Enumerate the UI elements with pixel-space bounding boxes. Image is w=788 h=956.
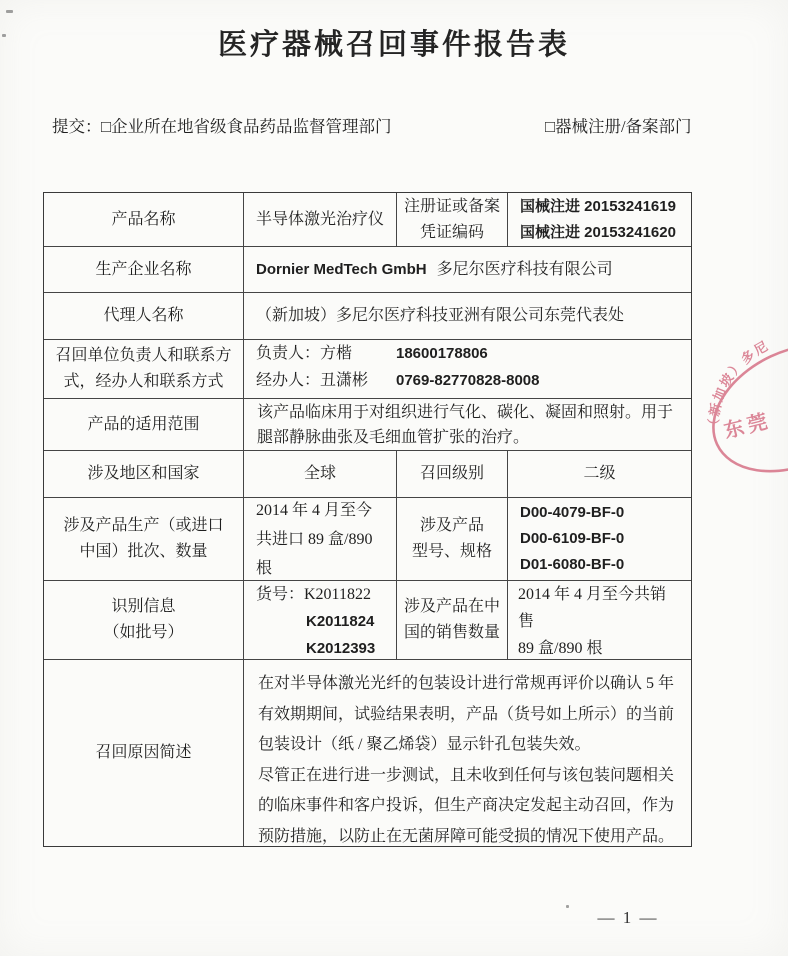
registration-cert-label-line2: 凭证编码 <box>420 220 484 246</box>
scanned-document-page: 医疗器械召回事件报告表 提交： □企业所在地省级食品药品监督管理部门 □器械注册… <box>0 0 788 956</box>
identification-label: 识别信息 （如批号） <box>44 581 244 660</box>
recall-reason-paragraph-2: 尽管正在进行进一步测试，且未收到任何与该包装问题相关的临床事件和客户投诉，但生产… <box>258 761 677 853</box>
registration-number-2: 国械注进 20153241620 <box>520 220 676 246</box>
handler-person-phone: 0769-82770828-8008 <box>396 367 539 394</box>
contact-line-handler: 经办人：丑潇彬 0769-82770828-8008 <box>256 367 679 394</box>
stamp-inner-text: 东莞 <box>721 408 773 443</box>
china-sales-label-line1: 涉及产品在中 <box>404 594 500 620</box>
submit-label: 提交： <box>52 113 102 137</box>
model-number-2: D00-6109-BF-0 <box>520 526 624 552</box>
china-sales-label: 涉及产品在中 国的销售数量 <box>397 581 508 660</box>
identification-label-line1: 识别信息 <box>111 594 175 620</box>
batches-value: 2014 年 4 月至今共进口 89 盒/890 根 <box>244 498 397 581</box>
contacts-label-line1: 召回单位负责人和联系方 <box>55 343 231 369</box>
product-name-value: 半导体激光治疗仪 <box>244 193 397 247</box>
submit-option-registration-dept: □器械注册/备案部门 <box>545 113 692 137</box>
page-title: 医疗器械召回事件报告表 <box>0 22 788 63</box>
agent-label: 代理人名称 <box>44 293 244 340</box>
contacts-label-line2: 式，经办人和联系方式 <box>63 369 223 395</box>
manufacturer-name-en: Dornier MedTech GmbH <box>256 257 427 283</box>
batches-label-line1: 涉及产品生产（或进口 <box>63 513 223 539</box>
model-number-1: D00-4079-BF-0 <box>520 500 624 526</box>
page-number: — 1 — <box>578 908 678 928</box>
submit-option-provincial-dept: □企业所在地省级食品药品监督管理部门 <box>101 113 391 137</box>
scope-value: 该产品临床用于对组织进行气化、碳化、凝固和照射。用于腿部静脉曲张及毛细血管扩张的… <box>244 399 691 451</box>
registration-number-1: 国械注进 20153241619 <box>520 194 676 220</box>
region-value: 全球 <box>244 451 397 498</box>
agent-value: （新加坡）多尼尔医疗科技亚洲有限公司东莞代表处 <box>244 293 691 340</box>
batches-label: 涉及产品生产（或进口 中国）批次、数量 <box>44 498 244 581</box>
recall-reason-paragraph-1: 在对半导体激光光纤的包装设计进行常规再评价以确认 5 年有效期期间，试验结果表明… <box>258 669 677 761</box>
models-label: 涉及产品 型号、规格 <box>397 498 508 581</box>
registration-cert-numbers: 国械注进 20153241619 国械注进 20153241620 <box>508 193 691 247</box>
models-label-line1: 涉及产品 <box>420 513 484 539</box>
recall-reason-text: 在对半导体激光光纤的包装设计进行常规再评价以确认 5 年有效期期间，试验结果表明… <box>244 660 691 846</box>
recall-reason-label: 召回原因简述 <box>44 660 244 846</box>
scope-label: 产品的适用范围 <box>44 399 244 451</box>
identification-label-line2: （如批号） <box>103 620 183 646</box>
region-label: 涉及地区和国家 <box>44 451 244 498</box>
lot-numbers: 货号：K2011822 K2011824 K2012393 <box>244 581 397 660</box>
china-sales-label-line2: 国的销售数量 <box>404 620 500 646</box>
model-number-3: D01-6080-BF-0 <box>520 552 624 578</box>
contact-line-responsible: 负责人：方楷 18600178806 <box>256 340 679 367</box>
registration-cert-label: 注册证或备案 凭证编码 <box>397 193 508 247</box>
red-company-stamp: （新加坡）多尼 东莞 <box>630 330 788 502</box>
china-sales-value-line2: 89 盒/890 根 <box>518 635 602 662</box>
product-name-label: 产品名称 <box>44 193 244 247</box>
china-sales-value: 2014 年 4 月至今共销售 89 盒/890 根 <box>508 581 691 660</box>
responsible-person: 负责人：方楷 <box>256 340 396 367</box>
responsible-person-phone: 18600178806 <box>396 340 488 367</box>
lot-number-3: K2012393 <box>256 635 375 662</box>
lot-number-2: K2011824 <box>256 608 374 635</box>
batches-label-line2: 中国）批次、数量 <box>79 539 207 565</box>
contacts-value: 负责人：方楷 18600178806 经办人：丑潇彬 0769-82770828… <box>244 340 691 399</box>
models-label-line2: 型号、规格 <box>412 539 492 565</box>
manufacturer-label: 生产企业名称 <box>44 247 244 293</box>
manufacturer-name-cn: 多尼尔医疗科技有限公司 <box>437 257 613 283</box>
scan-speck <box>566 905 569 908</box>
recall-level-label: 召回级别 <box>397 451 508 498</box>
contacts-label: 召回单位负责人和联系方 式，经办人和联系方式 <box>44 340 244 399</box>
models-list: D00-4079-BF-0 D00-6109-BF-0 D01-6080-BF-… <box>508 498 691 581</box>
recall-report-table: 产品名称 半导体激光治疗仪 注册证或备案 凭证编码 国械注进 201532416… <box>43 192 692 847</box>
handler-person: 经办人：丑潇彬 <box>256 367 396 394</box>
lot-number-1: 货号：K2011822 <box>256 581 371 608</box>
registration-cert-label-line1: 注册证或备案 <box>404 194 500 220</box>
china-sales-value-line1: 2014 年 4 月至今共销售 <box>518 581 681 635</box>
scan-speck <box>6 10 13 13</box>
manufacturer-value: Dornier MedTech GmbH 多尼尔医疗科技有限公司 <box>244 247 691 293</box>
